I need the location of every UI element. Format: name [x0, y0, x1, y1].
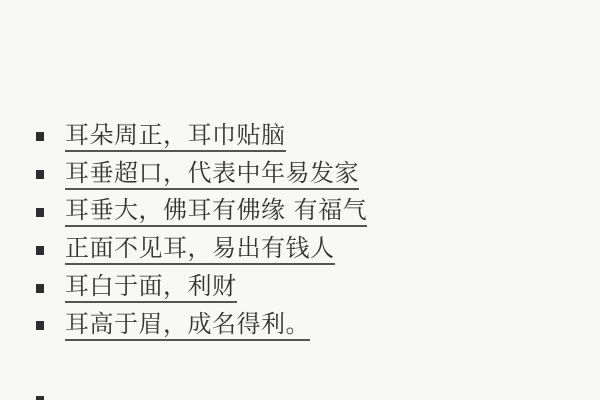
list-item: 耳白于面，利财: [36, 268, 367, 306]
list-item-text: 正面不见耳，易出有钱人: [65, 233, 335, 265]
list-item: 耳高于眉，成名得利。: [36, 306, 367, 344]
square-bullet-icon: [36, 321, 44, 330]
square-bullet-icon: [36, 208, 44, 217]
list-item-text: 耳朵周正，耳巾贴脑: [65, 120, 286, 152]
square-bullet-icon: [36, 170, 44, 179]
list-item-text: 耳垂大，佛耳有佛缘 有福气: [65, 195, 367, 227]
list-item: 耳朵周正，耳巾贴脑: [36, 117, 367, 155]
list-item-text: 耳垂超口，代表中年易发家: [65, 158, 359, 190]
square-bullet-icon: [36, 284, 44, 293]
list-item: 正面不见耳，易出有钱人: [36, 230, 367, 268]
list-item-text: 耳白于面，利财: [65, 271, 237, 303]
ear-physiognomy-list: 耳朵周正，耳巾贴脑 耳垂超口，代表中年易发家 耳垂大，佛耳有佛缘 有福气 正面不…: [36, 117, 367, 344]
square-bullet-icon: [36, 396, 44, 400]
list-item: 耳垂超口，代表中年易发家: [36, 155, 367, 193]
list-item: 耳垂大，佛耳有佛缘 有福气: [36, 193, 367, 231]
square-bullet-icon: [36, 246, 44, 255]
list-item-text: 耳高于眉，成名得利。: [65, 309, 310, 341]
square-bullet-icon: [36, 132, 44, 141]
